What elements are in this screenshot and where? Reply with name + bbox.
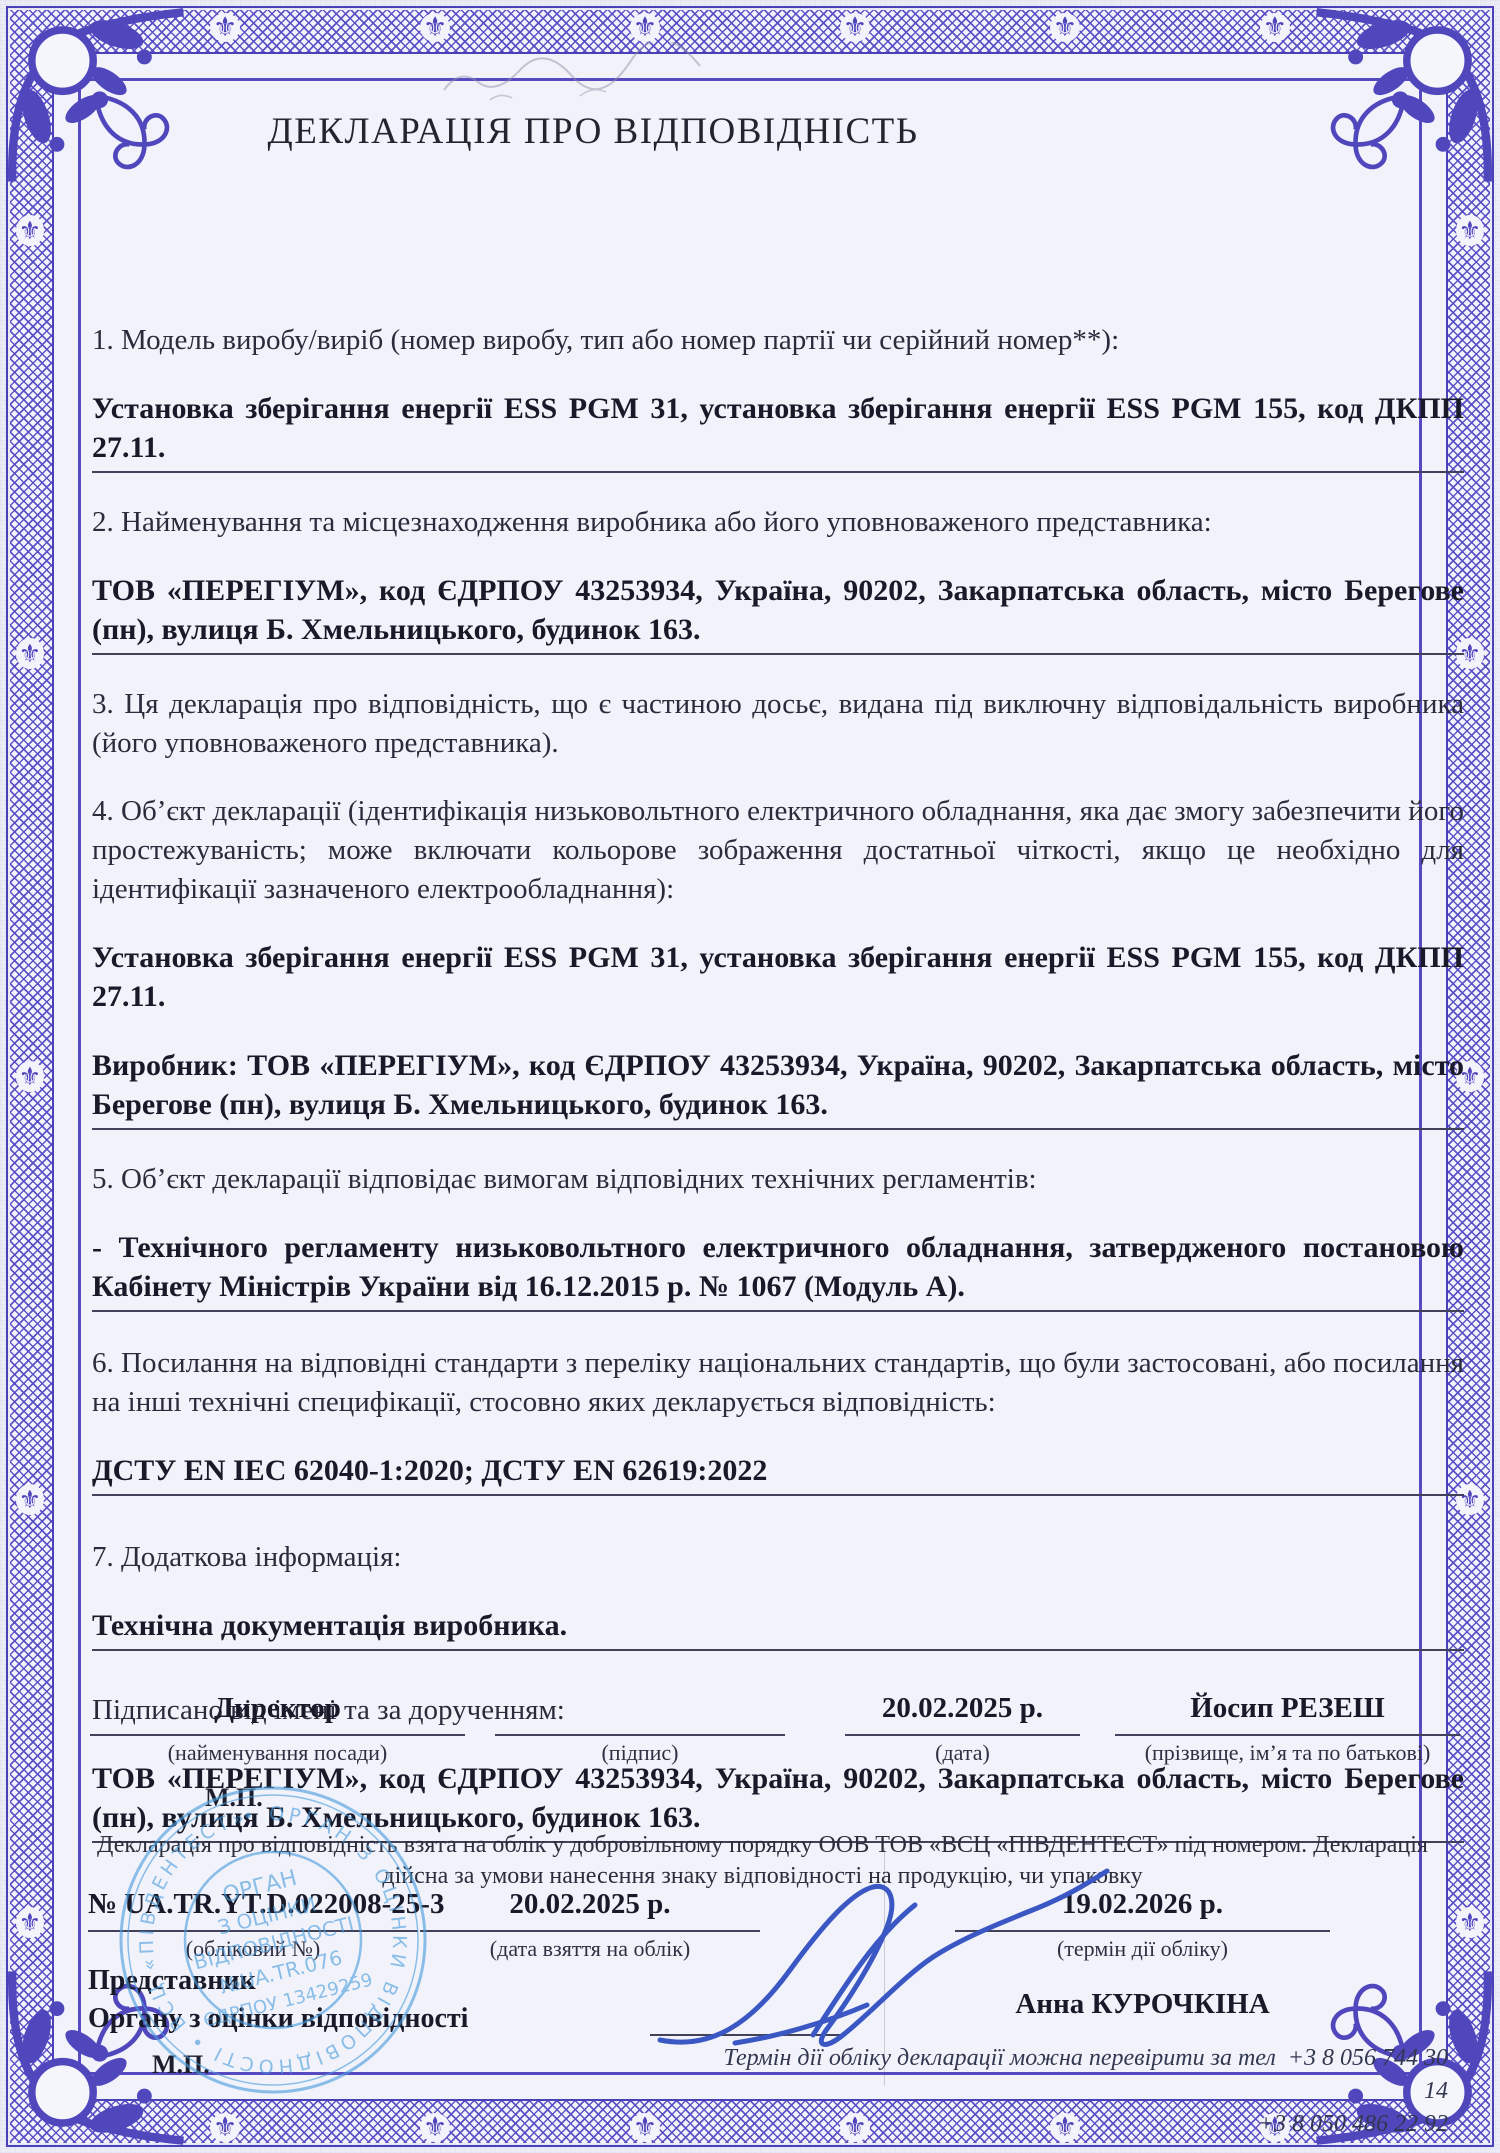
sig-signature-blank [495, 1692, 785, 1736]
mp-seal-label-2: М.П. [152, 2050, 210, 2080]
section4-value-manufacturer: Виробник: ТОВ «ПЕРЕГІУМ», код ЄДРПОУ 432… [92, 1046, 1464, 1130]
reg-expiry-cell: 19.02.2026 р. (термін дії обліку) [955, 1888, 1330, 1962]
section5-value: - Технічного регламенту низьковольтного … [92, 1228, 1464, 1312]
reg-expiry-caption: (термін дії обліку) [955, 1932, 1330, 1962]
representative-line2: Органу з оцінки відповідності [88, 2000, 468, 2038]
footer-validity-note: Термін дії обліку декларації можна перев… [700, 2042, 1448, 2141]
registrar-signature-line [650, 2034, 840, 2036]
mp-seal-label-1: М.П. [205, 1783, 263, 1813]
section3-label: 3. Ця декларація про відповідність, що є… [92, 685, 1464, 763]
representative-line1: Представник [88, 1962, 468, 2000]
sig-role-caption: (найменування посади) [90, 1736, 465, 1766]
sig-date-cell: 20.02.2025 р. (дата) [845, 1692, 1080, 1766]
footer-note-line1: Термін дії обліку декларації можна перев… [700, 2042, 1448, 2108]
sig-date-caption: (дата) [845, 1736, 1080, 1766]
section1-label: 1. Модель виробу/виріб (номер виробу, ти… [92, 321, 1464, 360]
reg-number-cell: № UA.TR.YT.D.022008-25-3 (обліковий №) [88, 1888, 418, 1962]
section6-label: 6. Посилання на відповідні стандарти з п… [92, 1344, 1464, 1422]
section7-label: 7. Додаткова інформація: [92, 1538, 1464, 1577]
section4-label: 4. Об’єкт декларації (ідентифікація низь… [92, 792, 1464, 909]
registration-note: Декларація про відповідність взята на об… [90, 1830, 1435, 1892]
sig-name-caption: (прізвище, ім’я та по батькові) [1115, 1736, 1460, 1766]
section5-label: 5. Об’єкт декларації відповідає вимогам … [92, 1160, 1464, 1199]
document-body: ДЕКЛАРАЦІЯ ПРО ВІДПОВІДНІСТЬ 1. Модель в… [92, 0, 1464, 1873]
sig-signature-caption: (підпис) [495, 1736, 785, 1766]
section1-value: Установка зберігання енергії ESS PGM 31,… [92, 389, 1464, 473]
sig-role-value: Директор [90, 1692, 465, 1736]
section7-value: Технічна документація виробника. [92, 1606, 1464, 1651]
footer-phone-2: +3 8 050 486 22 92 [700, 2108, 1448, 2141]
sig-name-value: Йосип РЕЗЕШ [1115, 1692, 1460, 1736]
sig-name-cell: Йосип РЕЗЕШ (прізвище, ім’я та по батько… [1115, 1692, 1460, 1766]
representative-label: Представник Органу з оцінки відповідност… [88, 1962, 468, 2038]
footer-phone-1: +3 8 056 744 30 14 [1288, 2045, 1448, 2104]
reg-number-caption: (обліковий №) [88, 1932, 418, 1962]
sig-role-cell: Директор (найменування посади) [90, 1692, 465, 1766]
reg-expiry-value: 19.02.2026 р. [955, 1888, 1330, 1932]
reg-date-value: 20.02.2025 р. [420, 1888, 760, 1932]
sig-date-value: 20.02.2025 р. [845, 1692, 1080, 1736]
section6-value: ДСТУ EN IEC 62040-1:2020; ДСТУ EN 62619:… [92, 1451, 1464, 1496]
declaration-document-page: ⚜⚜⚜⚜⚜⚜ ⚜⚜⚜⚜⚜⚜ ⚜⚜⚜⚜⚜ ⚜⚜⚜⚜⚜ [0, 0, 1500, 2153]
registrar-name: Анна КУРОЧКІНА [955, 1988, 1330, 2021]
footer-note-text: Термін дії обліку декларації можна перев… [724, 2045, 1276, 2071]
reg-date-cell: 20.02.2025 р. (дата взяття на облік) [420, 1888, 760, 1962]
reg-date-caption: (дата взяття на облік) [420, 1932, 760, 1962]
section2-label: 2. Найменування та місцезнаходження виро… [92, 503, 1464, 542]
sig-signature-cell: (підпис) [495, 1692, 785, 1766]
document-title: ДЕКЛАРАЦІЯ ПРО ВІДПОВІДНІСТЬ [0, 110, 1279, 153]
section2-value: ТОВ «ПЕРЕГІУМ», код ЄДРПОУ 43253934, Укр… [92, 571, 1464, 655]
reg-number-value: № UA.TR.YT.D.022008-25-3 [88, 1888, 418, 1932]
section4-value-product: Установка зберігання енергії ESS PGM 31,… [92, 938, 1464, 1016]
